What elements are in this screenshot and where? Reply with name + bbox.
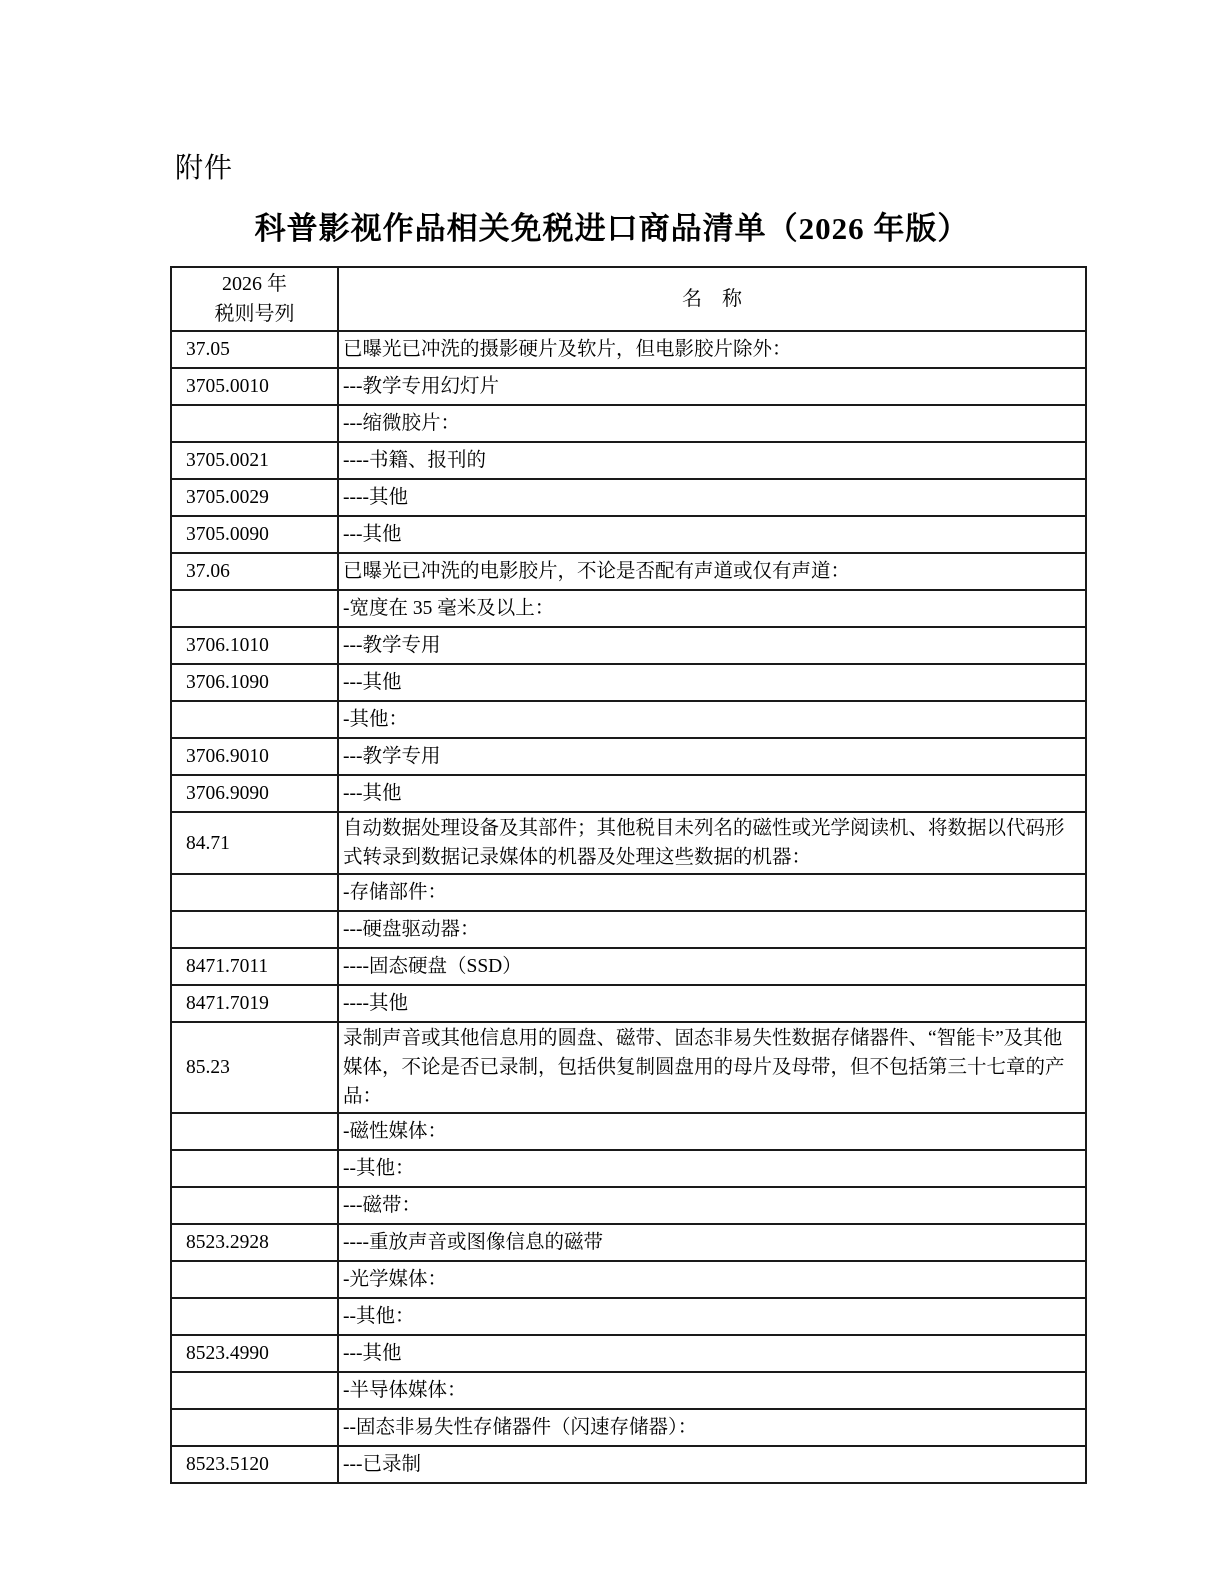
- table-row: 8471.7011----固态硬盘（SSD）: [171, 948, 1086, 985]
- table-row: -宽度在 35 毫米及以上：: [171, 590, 1086, 627]
- table-row: 3706.1090---其他: [171, 664, 1086, 701]
- header-row: 2026 年 税则号列 名 称: [171, 267, 1086, 331]
- table-row: -光学媒体：: [171, 1261, 1086, 1298]
- table-row: 3705.0010---教学专用幻灯片: [171, 368, 1086, 405]
- item-name-cell: ----书籍、报刊的: [338, 442, 1086, 479]
- item-name-cell: 已曝光已冲洗的摄影硬片及软片，但电影胶片除外：: [338, 331, 1086, 368]
- table-row: ---磁带：: [171, 1187, 1086, 1224]
- item-name-cell: -半导体媒体：: [338, 1372, 1086, 1409]
- item-name-cell: ---教学专用幻灯片: [338, 368, 1086, 405]
- tariff-code-cell: 3705.0090: [171, 516, 338, 553]
- item-name-cell: ---已录制: [338, 1446, 1086, 1483]
- tariff-code-cell: [171, 590, 338, 627]
- tariff-code-cell: 3706.1010: [171, 627, 338, 664]
- table-row: --其他：: [171, 1150, 1086, 1187]
- tariff-code-cell: 8523.5120: [171, 1446, 338, 1483]
- tariff-code-cell: 3705.0021: [171, 442, 338, 479]
- tariff-code-cell: 84.71: [171, 812, 338, 874]
- item-name-cell: ---其他: [338, 516, 1086, 553]
- table-row: --固态非易失性存储器件（闪速存储器）：: [171, 1409, 1086, 1446]
- item-name-cell: ---其他: [338, 664, 1086, 701]
- table-row: 3706.9010---教学专用: [171, 738, 1086, 775]
- page-title: 科普影视作品相关免税进口商品清单（2026 年版）: [0, 203, 1224, 248]
- table-row: 3706.9090---其他: [171, 775, 1086, 812]
- tariff-code-cell: [171, 1261, 338, 1298]
- item-name-cell: ----固态硬盘（SSD）: [338, 948, 1086, 985]
- item-name-cell: 录制声音或其他信息用的圆盘、磁带、固态非易失性数据存储器件、“智能卡”及其他媒体…: [338, 1022, 1086, 1113]
- tariff-code-cell: 3706.9010: [171, 738, 338, 775]
- item-name-cell: ---磁带：: [338, 1187, 1086, 1224]
- tariff-code-cell: 37.06: [171, 553, 338, 590]
- item-name-cell: ---其他: [338, 775, 1086, 812]
- table-row: 8523.2928----重放声音或图像信息的磁带: [171, 1224, 1086, 1261]
- tariff-code-cell: 8523.2928: [171, 1224, 338, 1261]
- item-name-cell: -光学媒体：: [338, 1261, 1086, 1298]
- tariff-table: 2026 年 税则号列 名 称 37.05已曝光已冲洗的摄影硬片及软片，但电影胶…: [170, 266, 1087, 1484]
- table-row: ---硬盘驱动器：: [171, 911, 1086, 948]
- table-row: 8523.4990---其他: [171, 1335, 1086, 1372]
- header-code-line2: 税则号列: [172, 299, 337, 329]
- tariff-code-cell: [171, 1409, 338, 1446]
- header-code-line1: 2026 年: [172, 269, 337, 299]
- item-name-cell: ---教学专用: [338, 738, 1086, 775]
- table-row: 8471.7019----其他: [171, 985, 1086, 1022]
- item-name-cell: ----其他: [338, 479, 1086, 516]
- tariff-code-cell: 85.23: [171, 1022, 338, 1113]
- tariff-code-cell: [171, 701, 338, 738]
- item-name-cell: ---其他: [338, 1335, 1086, 1372]
- item-name-cell: ----其他: [338, 985, 1086, 1022]
- item-name-cell: --其他：: [338, 1298, 1086, 1335]
- item-name-cell: --其他：: [338, 1150, 1086, 1187]
- item-name-cell: -存储部件：: [338, 874, 1086, 911]
- tariff-code-cell: 3706.1090: [171, 664, 338, 701]
- table-row: 3705.0029----其他: [171, 479, 1086, 516]
- table-row: -磁性媒体：: [171, 1113, 1086, 1150]
- attachment-label: 附件: [175, 146, 233, 186]
- item-name-cell: -宽度在 35 毫米及以上：: [338, 590, 1086, 627]
- tariff-code-cell: [171, 1298, 338, 1335]
- item-name-cell: 自动数据处理设备及其部件；其他税目未列名的磁性或光学阅读机、将数据以代码形式转录…: [338, 812, 1086, 874]
- tariff-code-cell: 8471.7011: [171, 948, 338, 985]
- table-row: 8523.5120---已录制: [171, 1446, 1086, 1483]
- tariff-code-cell: [171, 1113, 338, 1150]
- tariff-code-cell: 8471.7019: [171, 985, 338, 1022]
- tariff-table-body: 37.05已曝光已冲洗的摄影硬片及软片，但电影胶片除外：3705.0010---…: [171, 331, 1086, 1483]
- table-row: 3706.1010---教学专用: [171, 627, 1086, 664]
- item-name-cell: ----重放声音或图像信息的磁带: [338, 1224, 1086, 1261]
- item-name-cell: --固态非易失性存储器件（闪速存储器）：: [338, 1409, 1086, 1446]
- item-name-cell: ---硬盘驱动器：: [338, 911, 1086, 948]
- tariff-code-cell: [171, 405, 338, 442]
- table-row: -半导体媒体：: [171, 1372, 1086, 1409]
- table-row: 3705.0090---其他: [171, 516, 1086, 553]
- tariff-code-cell: 3705.0010: [171, 368, 338, 405]
- table-row: -存储部件：: [171, 874, 1086, 911]
- item-name-cell: -其他：: [338, 701, 1086, 738]
- table-row: ---缩微胶片：: [171, 405, 1086, 442]
- tariff-code-cell: 3705.0029: [171, 479, 338, 516]
- tariff-code-cell: 8523.4990: [171, 1335, 338, 1372]
- item-name-cell: ---缩微胶片：: [338, 405, 1086, 442]
- header-code-column: 2026 年 税则号列: [171, 267, 338, 331]
- table-row: 85.23录制声音或其他信息用的圆盘、磁带、固态非易失性数据存储器件、“智能卡”…: [171, 1022, 1086, 1113]
- table-row: 3705.0021----书籍、报刊的: [171, 442, 1086, 479]
- table-row: 37.06已曝光已冲洗的电影胶片，不论是否配有声道或仅有声道：: [171, 553, 1086, 590]
- table-row: --其他：: [171, 1298, 1086, 1335]
- tariff-code-cell: [171, 874, 338, 911]
- table-row: 37.05已曝光已冲洗的摄影硬片及软片，但电影胶片除外：: [171, 331, 1086, 368]
- table-row: -其他：: [171, 701, 1086, 738]
- tariff-code-cell: 3706.9090: [171, 775, 338, 812]
- tariff-code-cell: [171, 911, 338, 948]
- tariff-code-cell: [171, 1372, 338, 1409]
- tariff-table-header: 2026 年 税则号列 名 称: [171, 267, 1086, 331]
- item-name-cell: -磁性媒体：: [338, 1113, 1086, 1150]
- document-page: { "page": { "attachment_label": "附件", "t…: [0, 0, 1224, 1584]
- item-name-cell: 已曝光已冲洗的电影胶片，不论是否配有声道或仅有声道：: [338, 553, 1086, 590]
- tariff-code-cell: [171, 1187, 338, 1224]
- item-name-cell: ---教学专用: [338, 627, 1086, 664]
- table-row: 84.71自动数据处理设备及其部件；其他税目未列名的磁性或光学阅读机、将数据以代…: [171, 812, 1086, 874]
- tariff-code-cell: 37.05: [171, 331, 338, 368]
- header-name-column: 名 称: [338, 267, 1086, 331]
- tariff-code-cell: [171, 1150, 338, 1187]
